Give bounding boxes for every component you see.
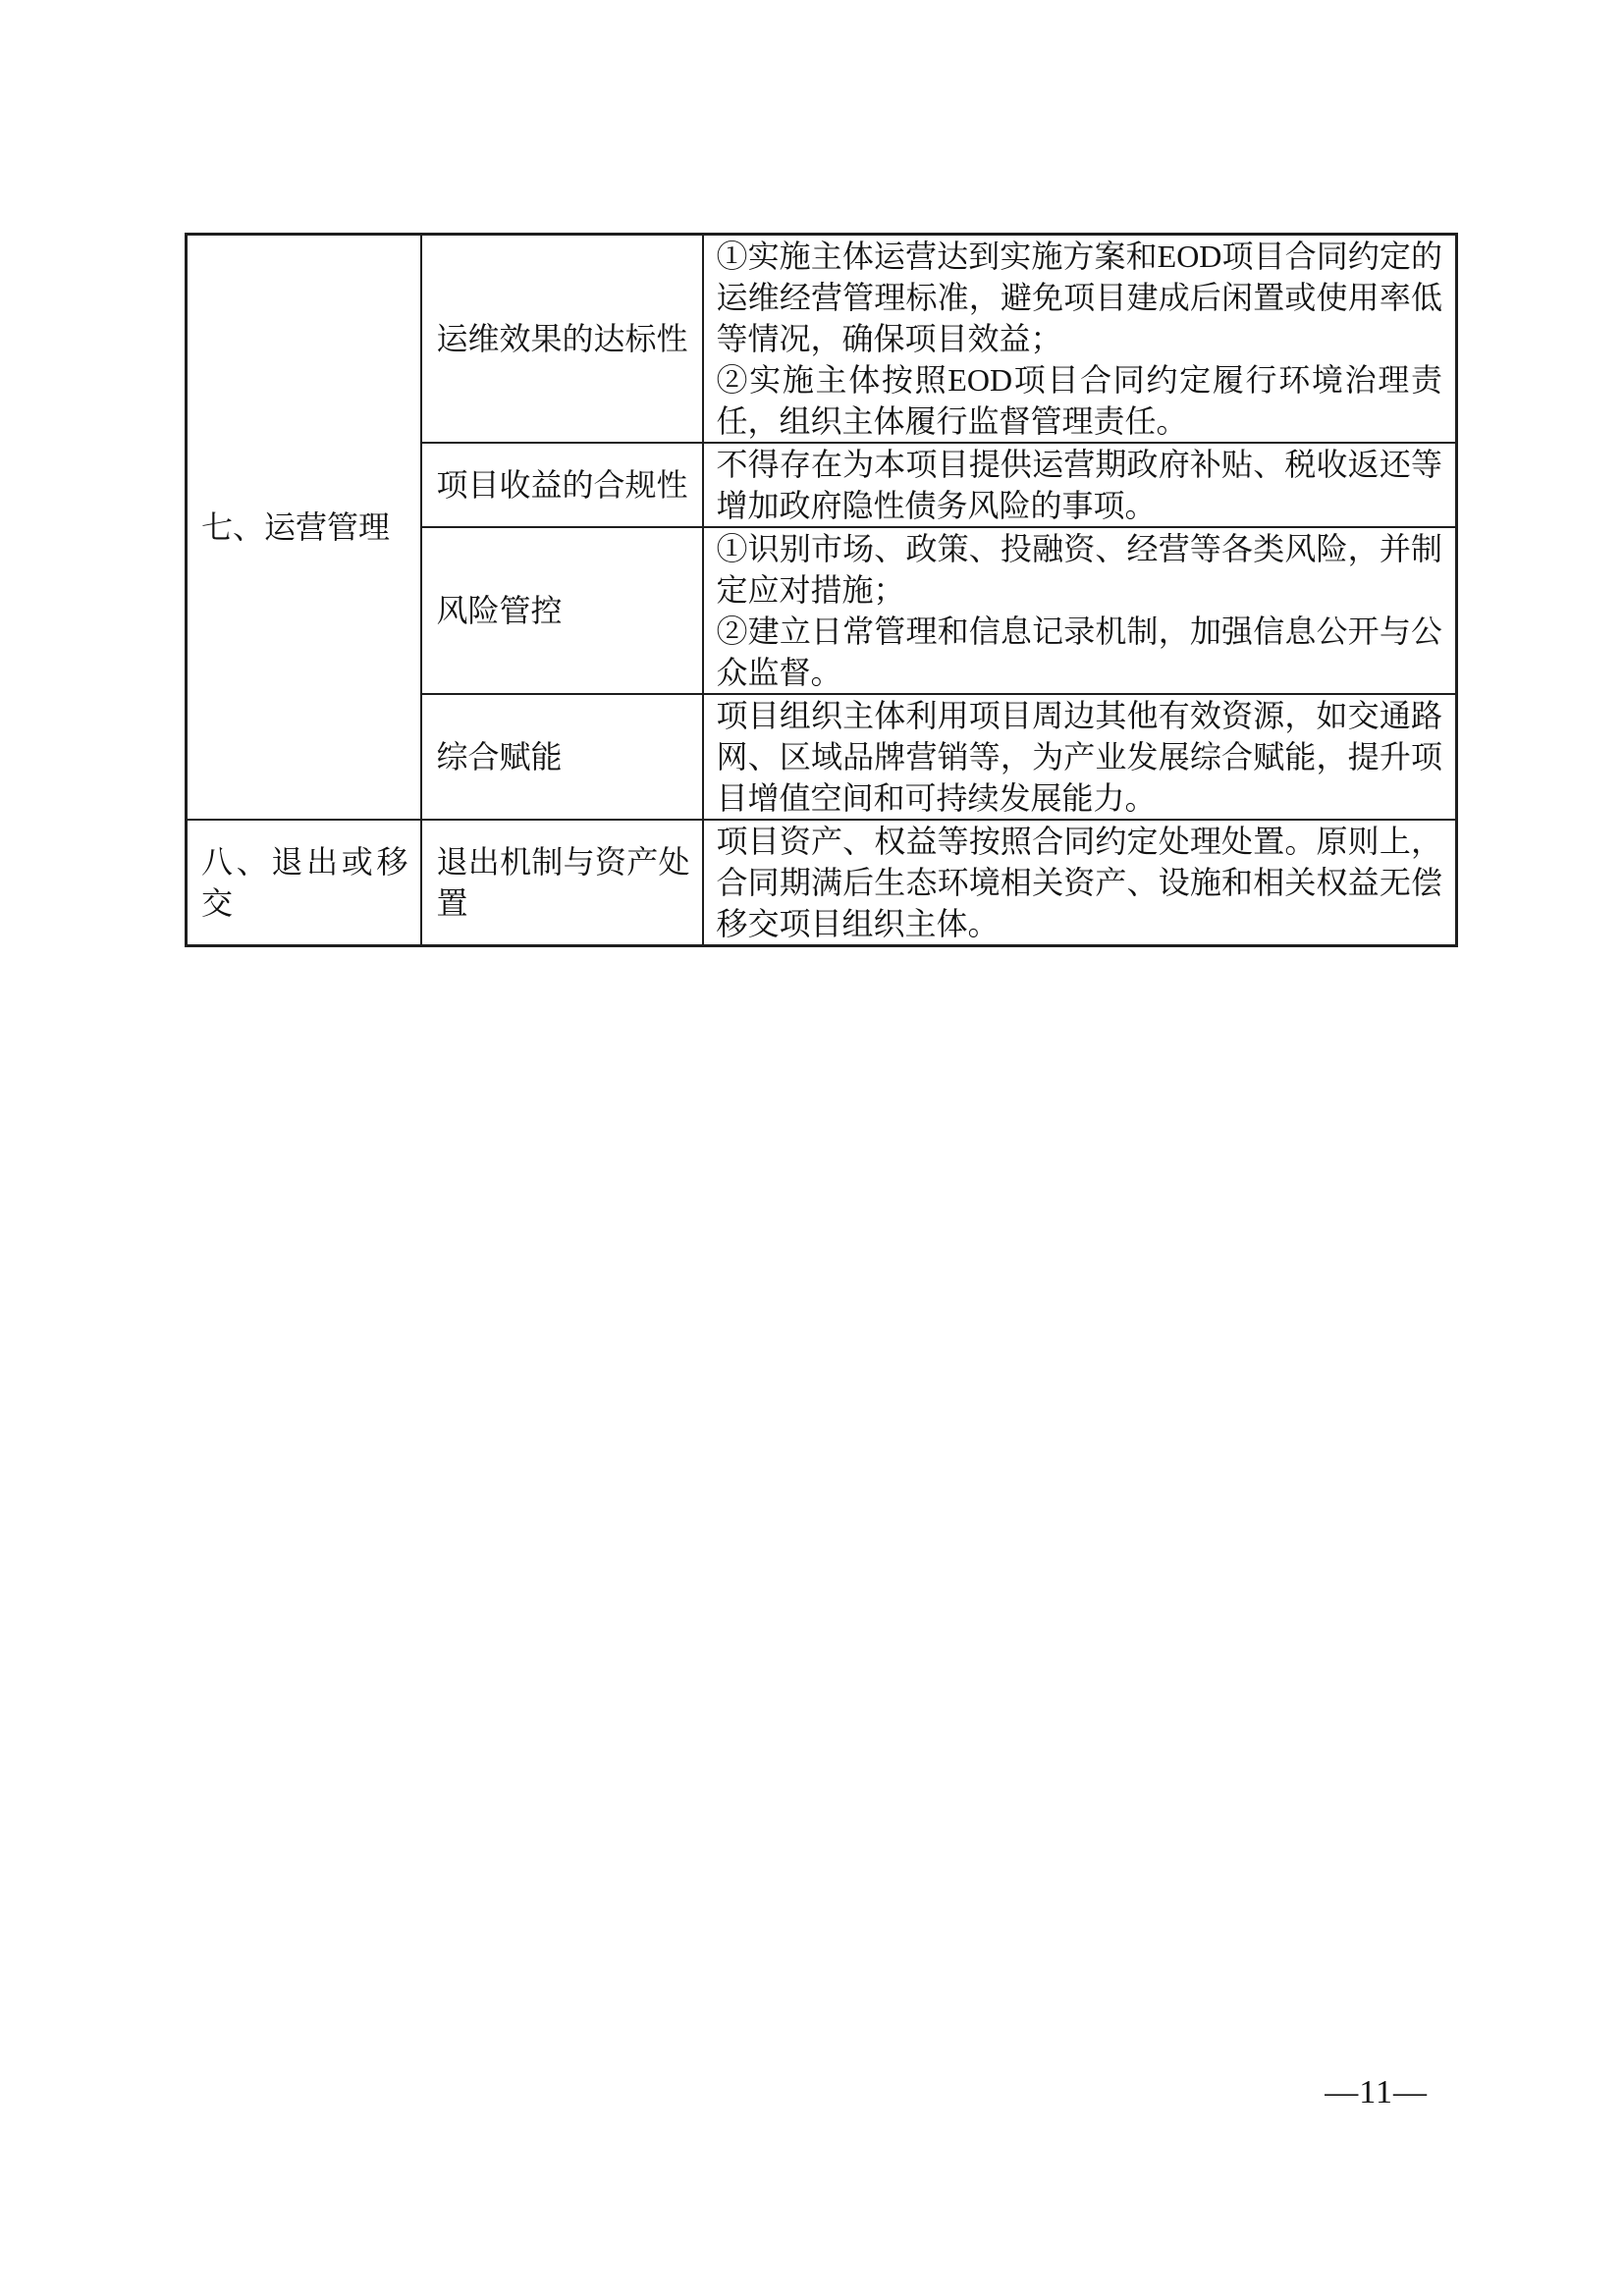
item-cell-maintenance-compliance: 运维效果的达标性	[421, 235, 703, 444]
category-cell-operations-management: 七、运营管理	[187, 235, 421, 821]
evaluation-table: 七、运营管理 运维效果的达标性 ①实施主体运营达到实施方案和EOD项目合同约定的…	[185, 233, 1458, 947]
description-cell: ①实施主体运营达到实施方案和EOD项目合同约定的运维经营管理标准，避免项目建成后…	[703, 235, 1457, 444]
item-cell-comprehensive-empowerment: 综合赋能	[421, 694, 703, 820]
item-cell-exit-mechanism: 退出机制与资产处置	[421, 820, 703, 946]
category-cell-exit-or-transfer: 八、退出或移交	[187, 820, 421, 946]
page-number: —11—	[1325, 2073, 1428, 2112]
item-cell-risk-control: 风险管控	[421, 527, 703, 694]
description-cell: 不得存在为本项目提供运营期政府补贴、税收返还等增加政府隐性债务风险的事项。	[703, 443, 1457, 527]
table-row: 七、运营管理 运维效果的达标性 ①实施主体运营达到实施方案和EOD项目合同约定的…	[187, 235, 1457, 444]
item-cell-revenue-compliance: 项目收益的合规性	[421, 443, 703, 527]
description-cell: ①识别市场、政策、投融资、经营等各类风险，并制定应对措施； ②建立日常管理和信息…	[703, 527, 1457, 694]
description-cell: 项目资产、权益等按照合同约定处理处置。原则上，合同期满后生态环境相关资产、设施和…	[703, 820, 1457, 946]
document-page: 七、运营管理 运维效果的达标性 ①实施主体运营达到实施方案和EOD项目合同约定的…	[0, 0, 1624, 2296]
description-cell: 项目组织主体利用项目周边其他有效资源，如交通路网、区域品牌营销等，为产业发展综合…	[703, 694, 1457, 820]
table-row: 八、退出或移交 退出机制与资产处置 项目资产、权益等按照合同约定处理处置。原则上…	[187, 820, 1457, 946]
